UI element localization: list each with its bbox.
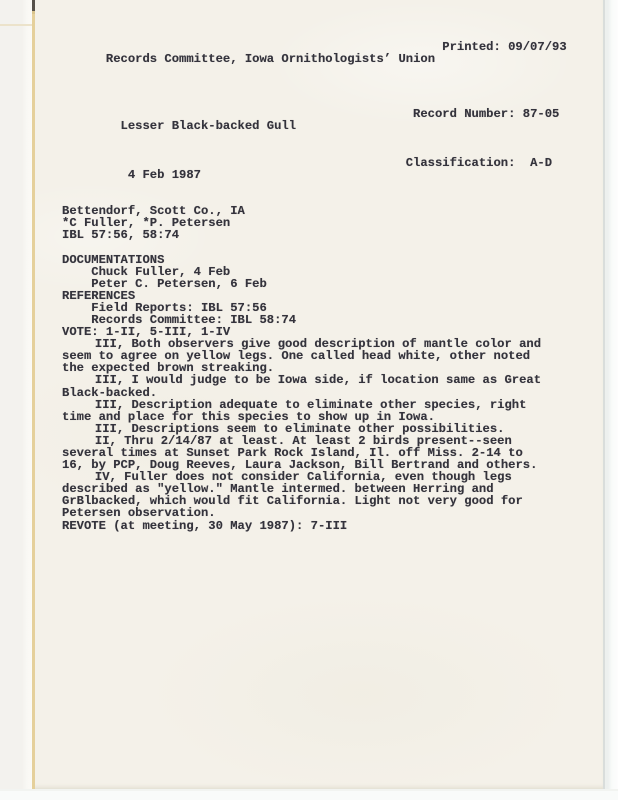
date-line: 4 Feb 1987 Classification:A-D — [62, 157, 543, 205]
committee-title: Records Committee, Iowa Ornithologists’ … — [106, 52, 435, 66]
vote-comment: III, I would judge to be Iowa side, if l… — [62, 374, 543, 398]
scan-crease — [0, 24, 32, 26]
record-number-label: Record Number: — [413, 107, 515, 121]
classification-field: Classification:A-D — [406, 157, 552, 169]
record-number-value: 87-05 — [523, 107, 560, 121]
observation-date: 4 Feb 1987 — [121, 168, 201, 182]
vote-heading: VOTE: 1-II, 5-III, 1-IV — [62, 326, 543, 338]
vote-comment: III, Description adequate to eliminate o… — [62, 399, 543, 423]
vote-comment: II, Thru 2/14/87 at least. At least 2 bi… — [62, 435, 543, 471]
documentations-heading: DOCUMENTATIONS — [62, 254, 543, 266]
scan-bottom-edge — [0, 789, 618, 800]
documentation-entry: Peter C. Petersen, 6 Feb — [62, 278, 543, 290]
report-header-line: Records Committee, Iowa Ornithologists’ … — [62, 41, 543, 89]
documentations-list: Chuck Fuller, 4 FebPeter C. Petersen, 6 … — [62, 266, 543, 290]
scan-left-margin — [0, 0, 32, 789]
spacer — [62, 241, 543, 253]
classification-label: Classification: — [406, 156, 516, 170]
vote-comment: IV, Fuller does not consider California,… — [62, 471, 543, 519]
record-number-field: Record Number:87-05 — [413, 108, 559, 120]
ibl-citations-line: IBL 57:56, 58:74 — [62, 229, 543, 241]
documentation-entry: Chuck Fuller, 4 Feb — [62, 266, 543, 278]
classification-value: A-D — [530, 156, 552, 170]
species-name: Lesser Black-backed Gull — [121, 119, 297, 133]
species-line: Lesser Black-backed Gull Record Number:8… — [62, 108, 543, 156]
vote-comment: III, Both observers give good descriptio… — [62, 338, 543, 374]
vote-comments-list: III, Both observers give good descriptio… — [62, 338, 543, 519]
revote-line: REVOTE (at meeting, 30 May 1987): 7-III — [62, 520, 543, 532]
references-list: Field Reports: IBL 57:56Records Committe… — [62, 302, 543, 326]
scan-right-edge — [603, 0, 618, 800]
record-body: Lesser Black-backed Gull Record Number:8… — [62, 108, 543, 531]
scanned-document: Records Committee, Iowa Ornithologists’ … — [0, 0, 618, 800]
typewritten-text: Records Committee, Iowa Ornithologists’ … — [62, 41, 543, 532]
printed-date: Printed: 09/07/93 — [442, 41, 566, 53]
page-left-edge-line — [32, 0, 35, 789]
